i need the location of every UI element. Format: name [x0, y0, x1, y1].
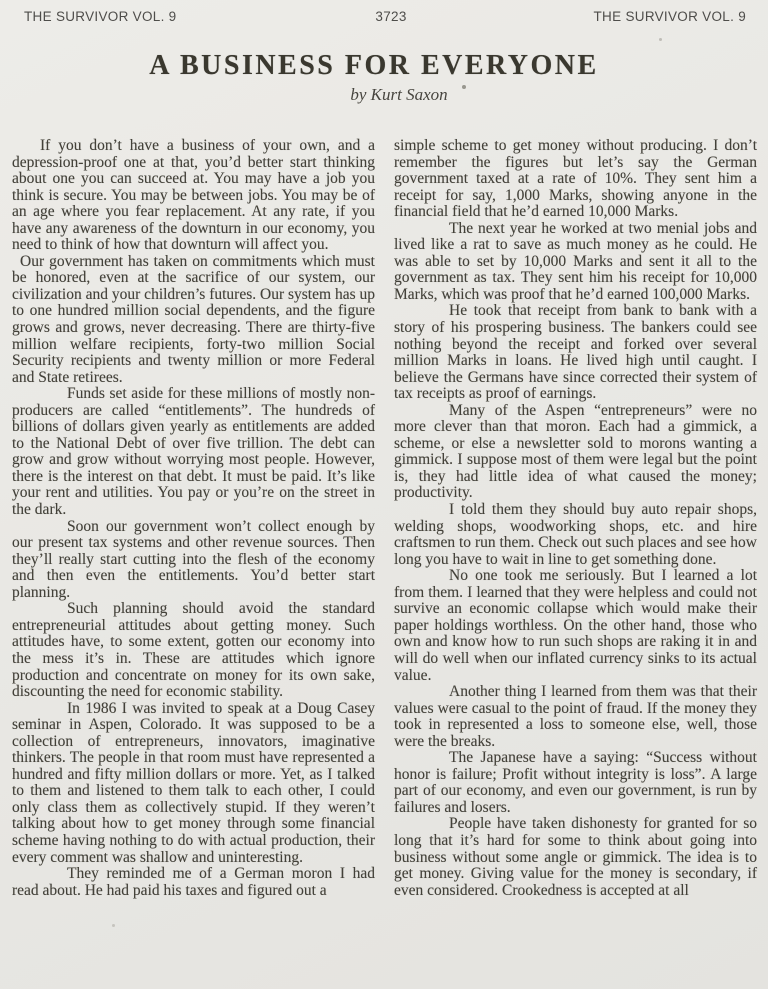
- page-header: THE SURVIVOR VOL. 9 3723 THE SURVIVOR VO…: [0, 0, 768, 24]
- header-publication-right: THE SURVIVOR VOL. 9: [401, 9, 746, 24]
- paragraph: He took that receipt from bank to bank w…: [394, 303, 757, 402]
- paragraph: Another thing I learned from them was th…: [394, 684, 757, 750]
- right-column: simple scheme to get money without produ…: [394, 138, 757, 899]
- paragraph: They reminded me of a German moron I had…: [12, 866, 375, 899]
- paragraph: The Japanese have a saying: “Success wit…: [394, 750, 757, 816]
- document-page: THE SURVIVOR VOL. 9 3723 THE SURVIVOR VO…: [0, 0, 768, 989]
- paragraph: Such planning should avoid the standard …: [12, 601, 375, 700]
- paragraph: If you don’t have a business of your own…: [12, 138, 375, 254]
- paragraph: No one took me seriously. But I learned …: [394, 568, 757, 684]
- article-title: A BUSINESS FOR EVERYONE: [0, 50, 758, 82]
- article-body: If you don’t have a business of your own…: [0, 138, 768, 899]
- paragraph: People have taken dishonesty for granted…: [394, 816, 757, 899]
- paragraph: Many of the Aspen “entrepreneurs” were n…: [394, 403, 757, 502]
- left-column: If you don’t have a business of your own…: [12, 138, 375, 899]
- paragraph: Soon our government won’t collect enough…: [12, 519, 375, 602]
- paragraph: Funds set aside for these millions of mo…: [12, 386, 375, 518]
- paragraph: The next year he worked at two menial jo…: [394, 221, 757, 304]
- article-byline: by Kurt Saxon: [15, 85, 768, 105]
- scan-speck: [112, 924, 115, 927]
- page-number: 3723: [375, 9, 406, 24]
- scan-speck: [462, 85, 466, 89]
- scan-speck: [659, 38, 662, 41]
- paragraph: Our government has taken on commitments …: [12, 254, 375, 386]
- paragraph: I told them they should buy auto repair …: [394, 502, 757, 568]
- paragraph: In 1986 I was invited to speak at a Doug…: [12, 701, 375, 866]
- header-publication-left: THE SURVIVOR VOL. 9: [24, 9, 369, 24]
- paragraph: simple scheme to get money without produ…: [394, 138, 757, 221]
